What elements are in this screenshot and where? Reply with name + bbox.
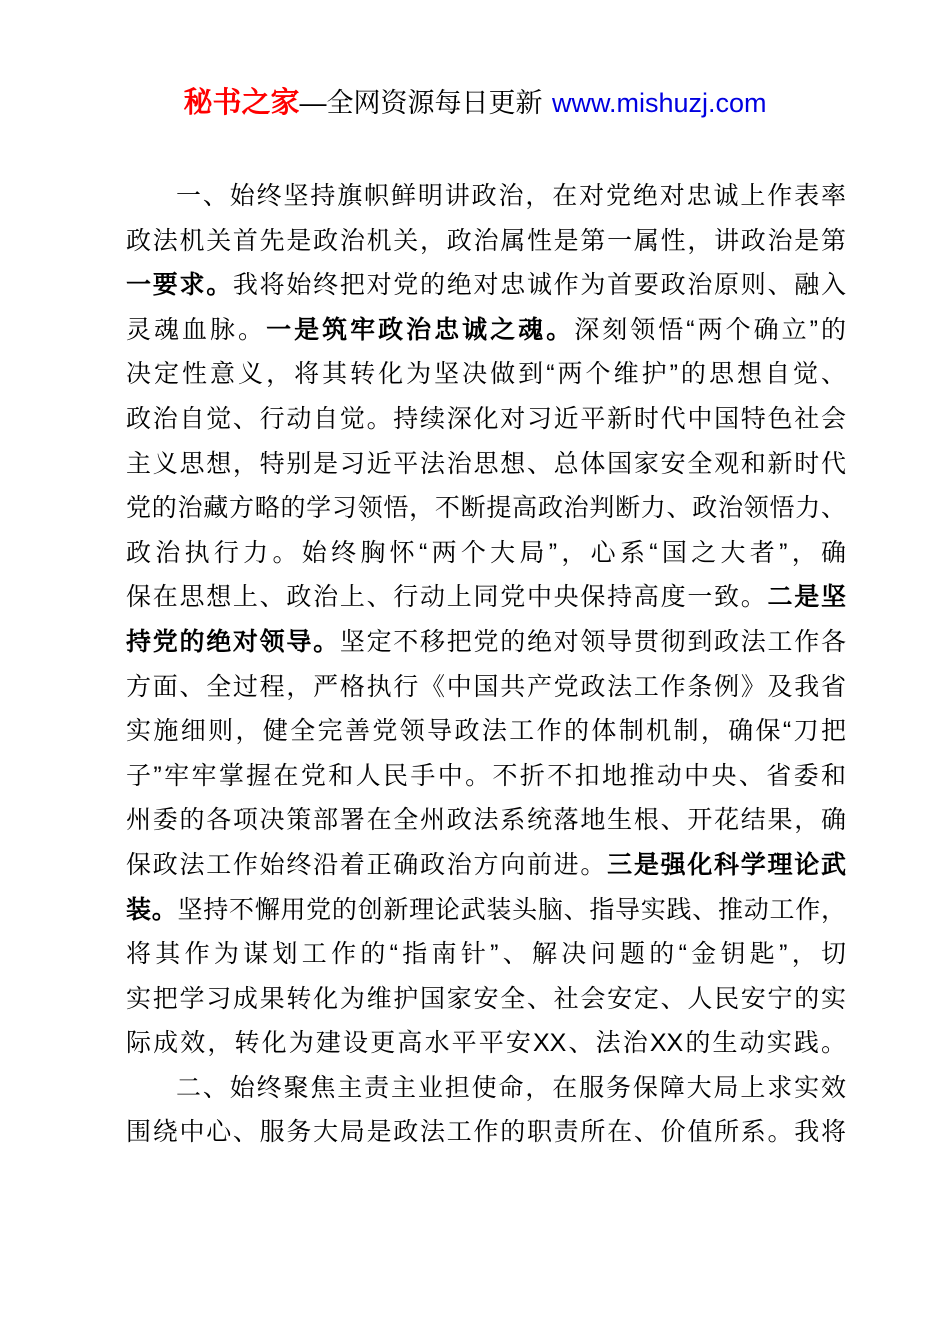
text-line: 主义思想，特别是习近平法治思想、总体国家安全观和新时代 [126, 442, 846, 487]
text-segment: 政治自觉、行动自觉。持续深化对习近平新时代中国特色社会 [126, 405, 846, 433]
text-segment: 州委的各项决策部署在全州政法系统落地生根、开花结果，确 [126, 806, 846, 834]
text-line: 围绕中心、服务大局是政法工作的职责所在、价值所系。我将 [126, 1110, 846, 1155]
document-body: 一、始终坚持旗帜鲜明讲政治，在对党绝对忠诚上作表率政法机关首先是政治机关，政治属… [126, 174, 846, 1155]
text-line: 际成效，转化为建设更高水平平安XX、法治XX的生动实践。 [126, 1021, 846, 1066]
text-segment-bold: 装。 [126, 896, 177, 924]
text-line: 装。坚持不懈用党的创新理论武装头脑、指导实践、推动工作， [126, 888, 846, 933]
text-segment: 深刻领悟“两个确立”的 [574, 316, 846, 344]
text-line: 一、始终坚持旗帜鲜明讲政治，在对党绝对忠诚上作表率 [126, 174, 846, 219]
text-segment: 坚持不懈用党的创新理论武装头脑、指导实践、推动工作， [177, 896, 846, 924]
text-line: 州委的各项决策部署在全州政法系统落地生根、开花结果，确 [126, 798, 846, 843]
text-segment: 灵魂血脉。 [126, 316, 266, 344]
text-segment: 二、始终聚焦主责主业担使命，在服务保障大局上求实效 [176, 1074, 846, 1102]
text-line: 一要求。我将始终把对党的绝对忠诚作为首要政治原则、融入 [126, 263, 846, 308]
text-segment: 将其作为谋划工作的“指南针”、解决问题的“金钥匙”，切 [126, 940, 846, 968]
text-segment: 政治执行力。始终胸怀“两个大局”，心系“国之大者”，确 [126, 539, 846, 567]
text-segment: 决定性意义，将其转化为坚决做到“两个维护”的思想自觉、 [126, 360, 846, 388]
text-segment: 方面、全过程，严格执行《中国共产党政法工作条例》及我省 [126, 673, 846, 701]
text-line: 灵魂血脉。一是筑牢政治忠诚之魂。深刻领悟“两个确立”的 [126, 308, 846, 353]
text-line: 保政法工作始终沿着正确政治方向前进。三是强化科学理论武 [126, 843, 846, 888]
text-segment-bold: 一是筑牢政治忠诚之魂。 [266, 316, 574, 344]
text-line: 将其作为谋划工作的“指南针”、解决问题的“金钥匙”，切 [126, 932, 846, 977]
text-line: 政治自觉、行动自觉。持续深化对习近平新时代中国特色社会 [126, 397, 846, 442]
text-segment-bold: 二是坚 [768, 583, 846, 611]
site-tagline: —全网资源每日更新 [300, 88, 543, 118]
text-segment: 政法机关首先是政治机关，政治属性是第一属性，讲政治是第 [126, 227, 846, 255]
text-line: 政法机关首先是政治机关，政治属性是第一属性，讲政治是第 [126, 219, 846, 264]
text-line: 党的治藏方略的学习领悟，不断提高政治判断力、政治领悟力、 [126, 486, 846, 531]
text-line: 实施细则，健全完善党领导政法工作的体制机制，确保“刀把 [126, 709, 846, 754]
text-line: 持党的绝对领导。坚定不移把党的绝对领导贯彻到政法工作各 [126, 620, 846, 665]
text-segment: 主义思想，特别是习近平法治思想、总体国家安全观和新时代 [126, 450, 846, 478]
site-header: 秘书之家—全网资源每日更新www.mishuzj.com [0, 85, 950, 121]
text-segment: 一、始终坚持旗帜鲜明讲政治，在对党绝对忠诚上作表率 [176, 182, 846, 210]
text-line: 方面、全过程，严格执行《中国共产党政法工作条例》及我省 [126, 665, 846, 710]
text-segment: 围绕中心、服务大局是政法工作的职责所在、价值所系。我将 [126, 1118, 846, 1146]
text-segment: 坚定不移把党的绝对领导贯彻到政法工作各 [340, 628, 846, 656]
text-segment: 实把学习成果转化为维护国家安全、社会安定、人民安宁的实 [126, 985, 846, 1013]
text-segment: 保政法工作始终沿着正确政治方向前进。 [126, 851, 607, 879]
site-url-link[interactable]: www.mishuzj.com [552, 88, 767, 118]
site-brand: 秘书之家 [184, 87, 300, 119]
text-segment: 保在思想上、政治上、行动上同党中央保持高度一致。 [126, 583, 768, 611]
text-segment-bold: 持党的绝对领导。 [126, 628, 340, 656]
text-segment: 际成效，转化为建设更高水平平安XX、法治XX的生动实践。 [126, 1029, 846, 1057]
text-line: 保在思想上、政治上、行动上同党中央保持高度一致。二是坚 [126, 575, 846, 620]
text-segment-bold: 三是强化科学理论武 [607, 851, 846, 879]
text-line: 决定性意义，将其转化为坚决做到“两个维护”的思想自觉、 [126, 352, 846, 397]
text-segment: 实施细则，健全完善党领导政法工作的体制机制，确保“刀把 [126, 717, 846, 745]
text-segment: 我将始终把对党的绝对忠诚作为首要政治原则、融入 [233, 271, 846, 299]
text-segment: 党的治藏方略的学习领悟，不断提高政治判断力、政治领悟力、 [126, 494, 846, 522]
text-line: 子”牢牢掌握在党和人民手中。不折不扣地推动中央、省委和 [126, 754, 846, 799]
text-line: 实把学习成果转化为维护国家安全、社会安定、人民安宁的实 [126, 977, 846, 1022]
text-segment-bold: 一要求。 [126, 271, 233, 299]
text-line: 二、始终聚焦主责主业担使命，在服务保障大局上求实效 [126, 1066, 846, 1111]
text-segment: 子”牢牢掌握在党和人民手中。不折不扣地推动中央、省委和 [126, 762, 846, 790]
text-line: 政治执行力。始终胸怀“两个大局”，心系“国之大者”，确 [126, 531, 846, 576]
